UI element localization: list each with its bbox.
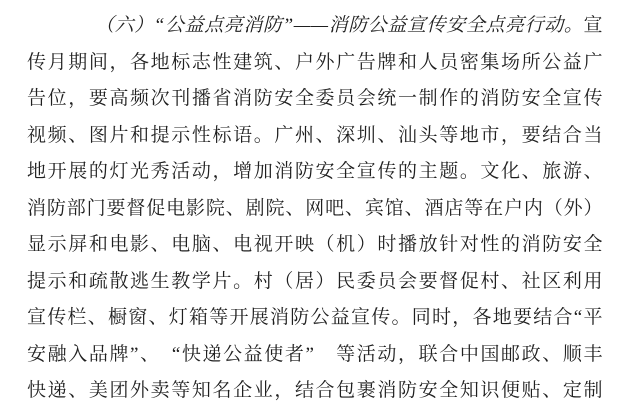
paragraph-line-3: 告位，要高频次刊播省消防安全委员会统一制作的消防安全宣传 xyxy=(27,81,603,118)
body-text-start: 宣 xyxy=(583,15,603,36)
paragraph-line-2: 传月期间，各地标志性建筑、户外广告牌和人员密集场所公益广 xyxy=(27,45,603,82)
paragraph-line-5: 地开展的灯光秀活动，增加消防安全宣传的主题。文化、旅游、 xyxy=(27,154,603,191)
paragraph: （六）“公益点亮消防”——消防公益宣传安全点亮行动。宣 传月期间，各地标志性建筑… xyxy=(27,8,603,410)
paragraph-line-9: 宣传栏、橱窗、灯箱等开展消防公益宣传。同时，各地要结合“平 xyxy=(27,300,603,337)
paragraph-line-4: 视频、图片和提示性标语。广州、深圳、汕头等地市，要结合当 xyxy=(27,118,603,155)
paragraph-line-8: 提示和疏散逃生教学片。村（居）民委员会要督促村、社区利用 xyxy=(27,264,603,301)
paragraph-line-11: 快递、美团外卖等知名企业，结合包裹消防安全知识便贴、定制 xyxy=(27,373,603,410)
document-page: （六）“公益点亮消防”——消防公益宣传安全点亮行动。宣 传月期间，各地标志性建筑… xyxy=(0,0,620,418)
section-heading: （六）“公益点亮消防”——消防公益宣传安全点亮行动。 xyxy=(95,15,583,36)
paragraph-line-7: 显示屏和电影、电脑、电视开映（机）时播放针对性的消防安全 xyxy=(27,227,603,264)
paragraph-line-1: （六）“公益点亮消防”——消防公益宣传安全点亮行动。宣 xyxy=(27,8,603,45)
paragraph-line-10: 安融入品牌”、 “快递公益使者” 等活动，联合中国邮政、顺丰 xyxy=(27,337,603,374)
paragraph-line-6: 消防部门要督促电影院、剧院、网吧、宾馆、酒店等在户内（外） xyxy=(27,191,603,228)
